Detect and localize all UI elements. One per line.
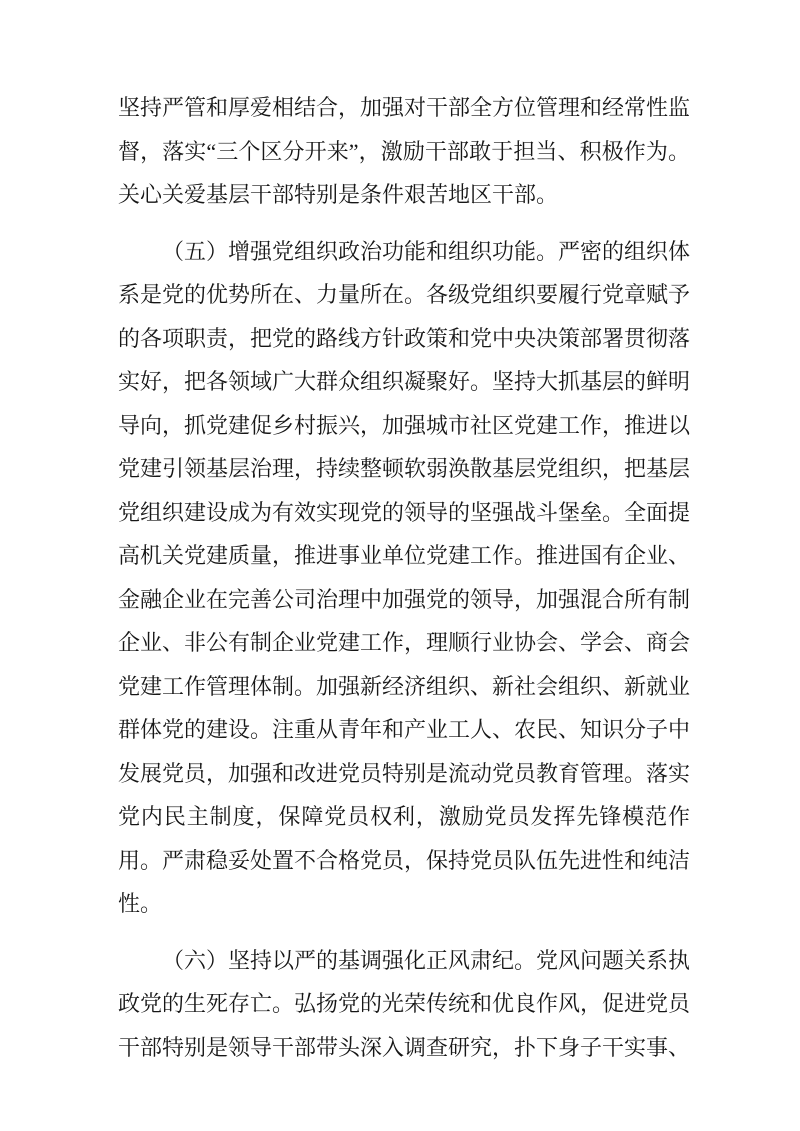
document-page: 坚持严管和厚爱相结合，加强对干部全方位管理和经常性监督，落实“三个区分开来”，激… xyxy=(0,0,800,1131)
page-text-block: 坚持严管和厚爱相结合，加强对干部全方位管理和经常性监督，落实“三个区分开来”，激… xyxy=(118,86,690,1082)
paragraph-item-5: （五）增强党组织政治功能和组织功能。严密的组织体系是党的优势所在、力量所在。各级… xyxy=(118,230,690,926)
paragraph-item-6: （六）坚持以严的基调强化正风肃纪。党风问题关系执政党的生死存亡。弘扬党的光荣传统… xyxy=(118,939,690,1070)
paragraph-continuation: 坚持严管和厚爱相结合，加强对干部全方位管理和经常性监督，落实“三个区分开来”，激… xyxy=(118,86,690,217)
